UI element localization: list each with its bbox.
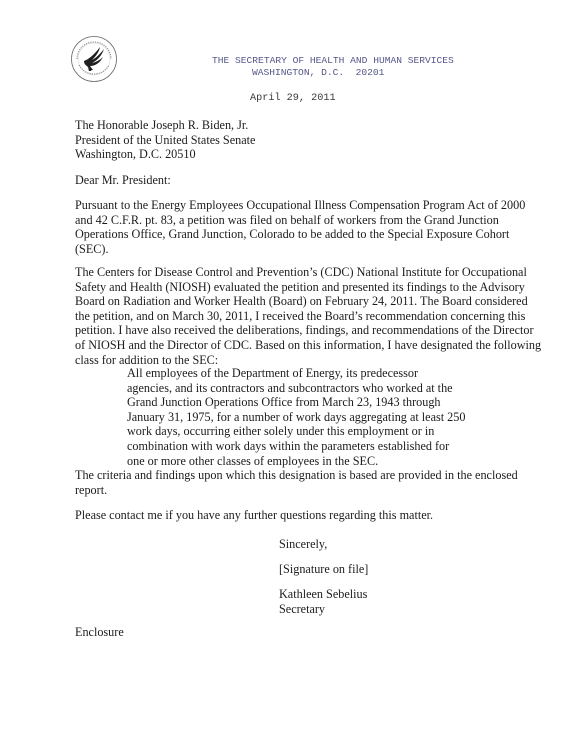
text-line: The Centers for Disease Control and Prev… [75,265,545,280]
letterhead-title: THE SECRETARY OF HEALTH AND HUMAN SERVIC… [212,55,454,67]
text-line: of NIOSH and the Director of CDC. Based … [75,338,545,353]
enclosure-note: Enclosure [75,625,275,640]
text-line: Operations Office, Grand Junction, Color… [75,227,545,242]
text-line: All employees of the Department of Energ… [127,366,502,381]
text-line: one or more other classes of employees i… [127,454,502,469]
paragraph-evaluation: The Centers for Disease Control and Prev… [75,265,545,367]
signature-block: Sincerely, [Signature on file] Kathleen … [279,537,529,616]
text-line: January 31, 1975, for a number of work d… [127,410,502,425]
text-line: Please contact me if you have any furthe… [75,508,545,523]
text-line: Board on Radiation and Worker Health (Bo… [75,294,545,309]
text-line: (SEC). [75,242,545,257]
text-line: petition. I have also received the delib… [75,323,545,338]
paragraph-petition: Pursuant to the Energy Employees Occupat… [75,198,545,256]
text-line: Pursuant to the Energy Employees Occupat… [75,198,545,213]
text-line: Grand Junction Operations Office from Ma… [127,395,502,410]
recipient-title: President of the United States Senate [75,133,545,148]
text-line: The criteria and findings upon which thi… [75,468,545,483]
text-line: Safety and Health (NIOSH) evaluated the … [75,280,545,295]
text-line: work days, occurring either solely under… [127,424,502,439]
recipient-address: The Honorable Joseph R. Biden, Jr. Presi… [75,118,545,162]
signature: [Signature on file] [279,562,529,577]
recipient-city: Washington, D.C. 20510 [75,147,545,162]
text-line: class for addition to the SEC: [75,353,545,368]
signer-name: Kathleen Sebelius [279,587,529,602]
class-definition-block: All employees of the Department of Energ… [127,366,502,468]
letterhead-address: WASHINGTON, D.C. 20201 [252,67,384,79]
text-line: the petition, and on March 30, 2011, I r… [75,309,545,324]
paragraph-criteria: The criteria and findings upon which thi… [75,468,545,497]
recipient-name: The Honorable Joseph R. Biden, Jr. [75,118,545,133]
salutation: Dear Mr. President: [75,173,545,188]
signer-title: Secretary [279,602,529,617]
letter-date: April 29, 2011 [250,93,336,104]
text-line: agencies, and its contractors and subcon… [127,381,502,396]
valediction: Sincerely, [279,537,529,552]
text-line: report. [75,483,545,498]
letter-page: THE SECRETARY OF HEALTH AND HUMAN SERVIC… [0,0,576,745]
text-line: and 42 C.F.R. pt. 83, a petition was fil… [75,213,545,228]
paragraph-contact: Please contact me if you have any furthe… [75,508,545,523]
text-line: combination with work days within the pa… [127,439,502,454]
